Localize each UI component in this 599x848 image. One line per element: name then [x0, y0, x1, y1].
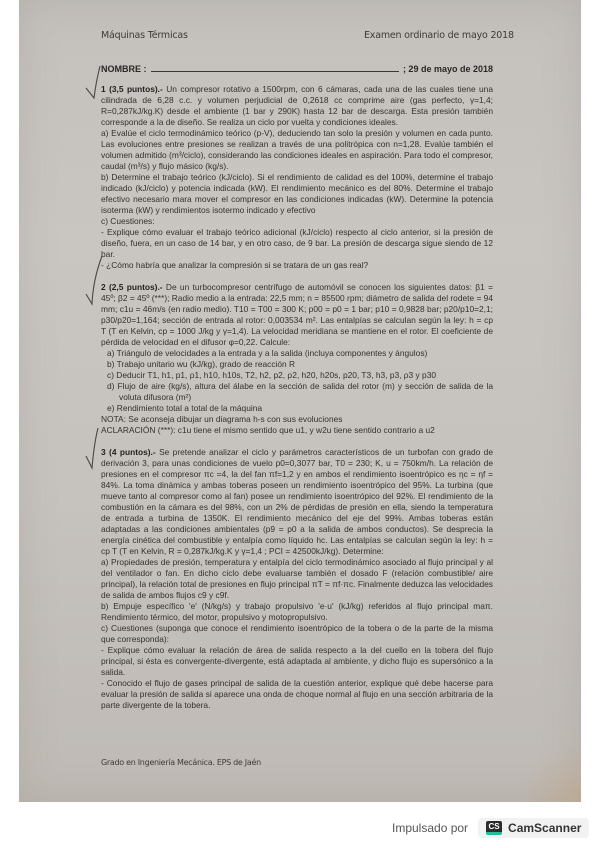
q3-part-b: b) Empuje específico 'e' (N/kg/s) y trab… — [101, 601, 493, 623]
question-2: 2 (2,5 puntos).- De un turbocompresor ce… — [101, 282, 493, 436]
q3-part-c-title: c) Cuestiones (suponga que conoce el ren… — [101, 623, 493, 645]
q2-item-b: b) Trabajo unitario wu (kJ/kg), grado de… — [101, 359, 493, 370]
camscanner-brand-name: CamScanner — [508, 821, 581, 835]
q2-title: 2 (2,5 puntos).- — [101, 282, 163, 292]
institution-footer: Grado en Ingeniería Mecánica. EPS de Jaé… — [101, 758, 261, 767]
q3-question-1: - Explique cómo evaluar la relación de á… — [101, 645, 493, 678]
question-1: 1 (3,5 puntos).- Un compresor rotativo a… — [101, 84, 493, 271]
exam-body: 1 (3,5 puntos).- Un compresor rotativo a… — [101, 84, 493, 711]
q3-part-a: a) Propiedades de presión, temperatura y… — [101, 557, 493, 601]
q1-part-a: a) Evalúe el ciclo termodinámico teórico… — [101, 128, 493, 172]
q2-item-e: e) Rendimiento total a total de la máqui… — [101, 403, 493, 414]
q2-item-a: a) Triángulo de velocidades a la entrada… — [101, 348, 493, 359]
powered-by-label: Impulsado por — [392, 821, 468, 835]
q1-question-1: - Explique cómo evaluar el trabajo teóri… — [101, 227, 493, 260]
q3-question-2: - Conocido el flujo de gases principal d… — [101, 678, 493, 711]
exam-title: Examen ordinario de mayo 2018 — [364, 30, 514, 41]
q1-part-b: b) Determine el trabajo teórico (kJ/cicl… — [101, 172, 493, 216]
q1-part-c-title: c) Cuestiones: — [101, 216, 493, 227]
q1-title: 1 (3,5 puntos).- — [101, 84, 163, 94]
q1-question-2: - ¿Cómo habría que analizar la compresió… — [101, 260, 493, 271]
camscanner-badge[interactable]: CS CamScanner — [478, 818, 589, 838]
name-blank-line — [151, 62, 399, 72]
q2-clarification: ACLARACIÓN (***): c1u tiene el mismo sen… — [101, 425, 493, 436]
q2-item-c: c) Deducir T1, h1, p1, ρ1, h10, h10s, T2… — [101, 370, 493, 381]
q3-title: 3 (4 puntos).- — [101, 447, 156, 457]
name-row: NOMBRE : ; 29 de mayo de 2018 — [101, 62, 493, 74]
name-label: NOMBRE : — [101, 64, 147, 74]
exam-date: ; 29 de mayo de 2018 — [403, 64, 493, 74]
q2-note: NOTA: Se aconseja dibujar un diagrama h-… — [101, 414, 493, 425]
question-3: 3 (4 puntos).- Se pretende analizar el c… — [101, 447, 493, 711]
q2-item-d: d) Flujo de aire (kg/s), altura del álab… — [101, 381, 493, 403]
camscanner-watermark: Impulsado por CS CamScanner — [392, 818, 589, 838]
camscanner-logo-icon: CS — [486, 821, 502, 835]
q3-intro: Se pretende analizar el ciclo y parámetr… — [101, 447, 493, 556]
course-title: Máquinas Térmicas — [101, 30, 188, 41]
